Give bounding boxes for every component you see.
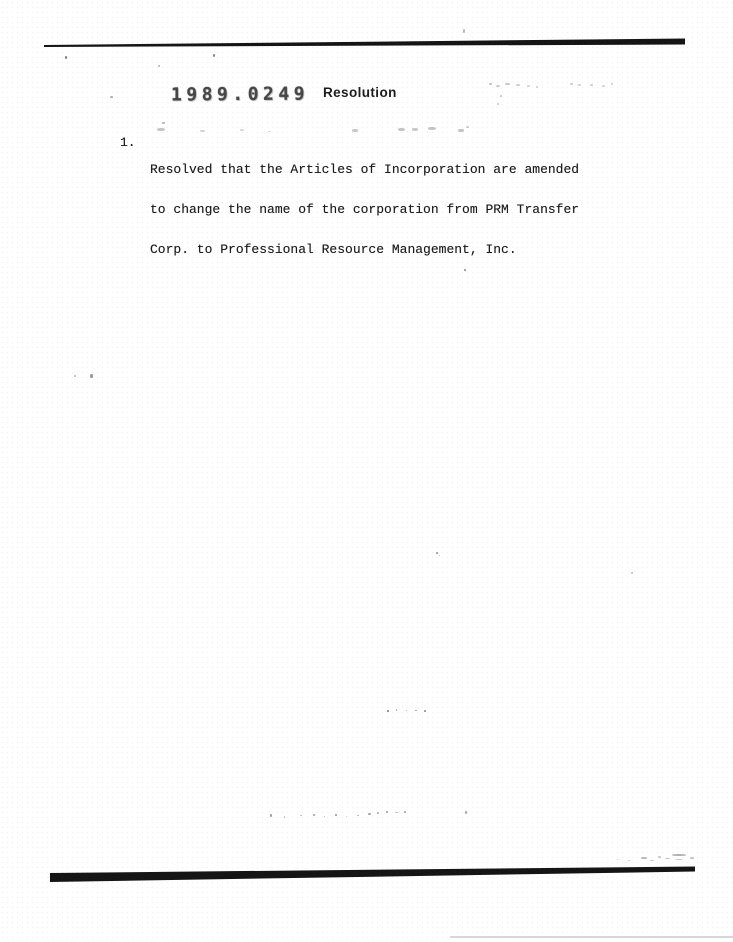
scan-speck	[300, 815, 302, 816]
list-item-text: Resolved that the Articles of Incorporat…	[150, 136, 610, 283]
scan-speck	[270, 814, 272, 817]
scan-speck	[665, 858, 670, 859]
list-item-line: Corp. to Professional Resource Managemen…	[150, 243, 610, 256]
scan-speck	[631, 572, 633, 574]
scan-speck	[240, 129, 244, 131]
scan-speck	[162, 122, 165, 124]
scan-speck	[641, 857, 647, 859]
scan-speck	[658, 856, 661, 858]
scan-speck	[406, 710, 407, 711]
scan-speck	[74, 375, 76, 377]
scan-speck	[157, 128, 165, 131]
scan-speck	[268, 131, 271, 132]
scan-speck	[496, 85, 500, 87]
scan-speck	[439, 555, 440, 556]
scan-speck	[570, 83, 573, 85]
scan-speck	[90, 374, 93, 378]
scan-speck	[497, 103, 499, 105]
scan-speck	[628, 860, 630, 861]
scan-speck	[346, 816, 347, 817]
scan-speck	[284, 816, 285, 818]
scan-speck	[368, 813, 371, 815]
scanned-document-page: 1989.0249 Resolution 1. Resolved that th…	[0, 0, 733, 942]
scan-speck	[458, 129, 464, 132]
scan-speck	[536, 86, 538, 88]
scan-speck	[395, 812, 398, 813]
resolution-list-item: 1. Resolved that the Articles of Incorpo…	[120, 136, 151, 190]
document-title: Resolution	[323, 85, 397, 100]
scan-speck	[466, 126, 469, 128]
scan-speck	[617, 859, 619, 860]
scan-speck	[428, 127, 436, 130]
scan-speck	[675, 859, 683, 860]
scan-speck	[357, 815, 359, 816]
list-item-number: 1.	[120, 136, 136, 149]
bottom-scan-bar	[50, 866, 695, 882]
scan-speck	[110, 96, 113, 98]
scan-speck	[200, 130, 205, 132]
scan-speck	[65, 56, 67, 59]
scan-speck	[602, 85, 605, 87]
scan-speck	[377, 812, 379, 814]
scan-speck	[396, 709, 397, 711]
top-scan-bar	[44, 38, 685, 47]
list-item-line: to change the name of the corporation fr…	[150, 203, 610, 216]
scan-speck	[386, 811, 388, 813]
scan-speck	[464, 269, 466, 271]
scan-speck	[578, 84, 581, 86]
scan-speck	[527, 85, 530, 87]
scan-speck	[505, 83, 510, 85]
scan-speck	[650, 860, 654, 861]
scan-speck	[412, 128, 418, 131]
scan-speck	[516, 84, 520, 86]
scan-speck	[590, 84, 593, 86]
document-stamp-number: 1989.0249	[171, 84, 309, 106]
scan-speck	[611, 83, 613, 85]
scan-speck	[158, 65, 160, 67]
scan-speck	[463, 29, 465, 33]
scan-speck	[313, 814, 315, 816]
scan-speck	[500, 95, 502, 97]
scan-speck	[324, 816, 325, 817]
scan-speck	[213, 54, 215, 57]
list-item-line: Resolved that the Articles of Incorporat…	[150, 163, 610, 176]
scan-speck	[387, 710, 389, 712]
scan-speck	[424, 710, 426, 712]
scan-speck	[436, 552, 438, 554]
bottom-edge-scan-line	[450, 936, 733, 938]
scan-speck	[335, 814, 337, 816]
scan-speck	[489, 83, 492, 85]
scan-speck	[415, 710, 417, 711]
scan-speck	[672, 854, 686, 856]
scan-speck	[690, 857, 694, 859]
scan-speck	[352, 129, 358, 132]
scan-speck	[398, 128, 405, 131]
scan-speck	[404, 811, 406, 813]
scan-speck	[465, 811, 467, 814]
